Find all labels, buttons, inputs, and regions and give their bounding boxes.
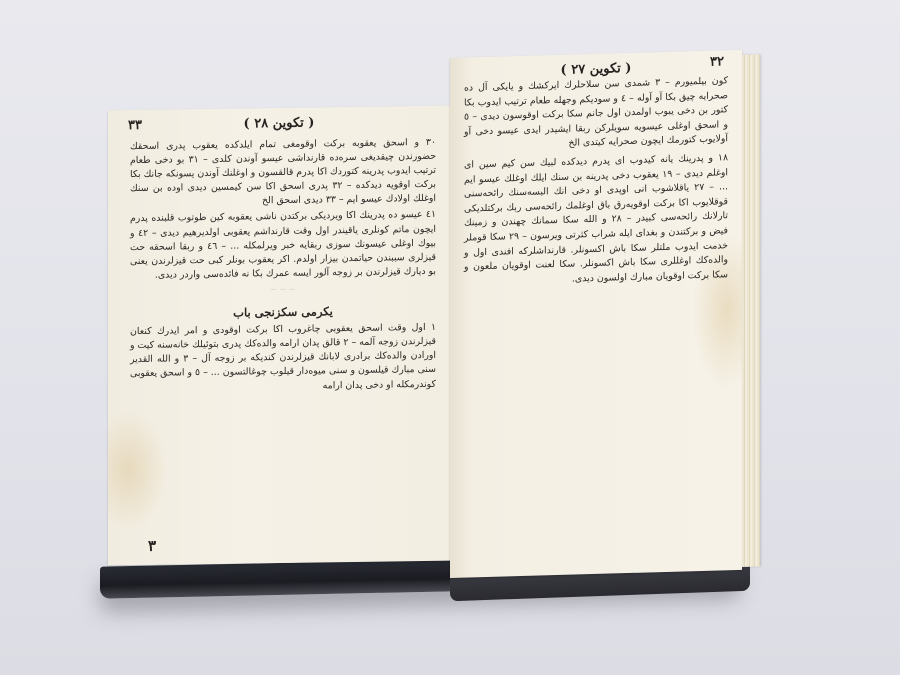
page-number: ٣٢ (710, 54, 724, 69)
chapter-title: يكرمى سكزنجى باب (130, 303, 436, 321)
right-page: ( تكوين ٢٧ ) ٣٢ كون بيلميورم – ٣ شمدى سن… (450, 50, 742, 578)
left-page: ( تكوين ٢٨ ) ٣٣ ٣٠ و اسحق يعقوبه بركت او… (108, 106, 452, 566)
left-page-body: ٣٠ و اسحق يعقوبه بركت اوقومغى تمام ايلدك… (130, 136, 436, 396)
paragraph: كون بيلميورم – ٣ شمدى سن سلاحلرك ايركشك … (464, 74, 728, 154)
paragraph: ١ اول وقت اسحق يعقوبى چاغروب اكا بركت او… (130, 321, 436, 396)
running-header: ( تكوين ٢٨ ) (244, 116, 315, 132)
left-page-header: ( تكوين ٢٨ ) ٣٣ (108, 114, 450, 139)
paragraph: ٣٠ و اسحق يعقوبه بركت اوقومغى تمام ايلدك… (130, 136, 436, 211)
bleed-through-text: ~ ~ ~ (130, 281, 436, 299)
right-page-body: كون بيلميورم – ٣ شمدى سن سلاحلرك ايركشك … (464, 74, 728, 290)
paragraph: ٤١ عيسو ده پدرينك اكا ويرديكى بركتدن ناش… (130, 208, 436, 283)
paragraph: ١٨ و پدرينك يانه كيدوب اى پدرم ديدكده لب… (464, 151, 728, 290)
signature-mark: ٣ (148, 537, 156, 555)
page-block-edges (742, 54, 760, 567)
running-header: ( تكوين ٢٧ ) (561, 61, 632, 78)
page-number: ٣٣ (128, 118, 142, 133)
paper-stain (108, 410, 168, 531)
photo-scene: ( تكوين ٢٨ ) ٣٣ ٣٠ و اسحق يعقوبه بركت او… (0, 0, 900, 675)
